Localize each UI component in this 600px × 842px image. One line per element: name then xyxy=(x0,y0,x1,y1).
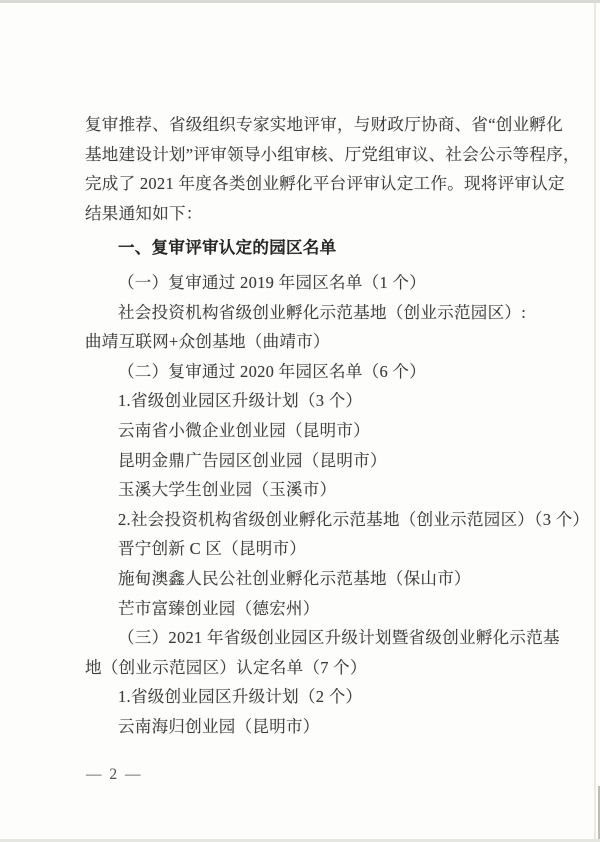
scanned-document-page: 复审推荐、省级组织专家实地评审，与财政厅协商、省“创业孵化 基地建设计划”评审领… xyxy=(0,0,600,842)
document-body: 复审推荐、省级组织专家实地评审，与财政厅协商、省“创业孵化 基地建设计划”评审领… xyxy=(85,110,555,741)
section-heading: 一、复审评审认定的园区名单 xyxy=(85,234,555,264)
list-item: 曲靖互联网+众创基地（曲靖市） xyxy=(85,327,555,357)
scan-artifact-top-band xyxy=(0,0,600,3)
list-item: 玉溪大学生创业园（玉溪市） xyxy=(85,475,555,505)
subsection-title: （三）2021 年省级创业园区升级计划暨省级创业孵化示范基 xyxy=(85,623,555,653)
list-item: 芒市富臻创业园（德宏州） xyxy=(85,594,555,624)
list-item: 昆明金鼎广告园区创业园（昆明市） xyxy=(85,446,555,476)
list-item: 施甸澳鑫人民公社创业孵化示范基地（保山市） xyxy=(85,564,555,594)
paragraph-line: 复审推荐、省级组织专家实地评审，与财政厅协商、省“创业孵化 xyxy=(85,110,555,140)
list-item: 云南省小微企业创业园（昆明市） xyxy=(85,416,555,446)
list-item: 社会投资机构省级创业孵化示范基地（创业示范园区）: xyxy=(85,298,555,328)
subsection-title-continued: 地（创业示范园区）认定名单（7 个） xyxy=(85,653,555,683)
paragraph-line: 结果通知如下： xyxy=(85,199,555,229)
page-number: — 2 — xyxy=(86,764,143,786)
subsection-title: （一）复审通过 2019 年园区名单（1 个） xyxy=(85,268,555,298)
list-item: 晋宁创新 C 区（昆明市） xyxy=(85,534,555,564)
list-group-title: 2.社会投资机构省级创业孵化示范基地（创业示范园区）（3 个） xyxy=(85,505,555,535)
list-group-title: 1.省级创业园区升级计划（2 个） xyxy=(85,682,555,712)
scan-artifact-right-line xyxy=(594,3,596,842)
paragraph-line: 完成了 2021 年度各类创业孵化平台评审认定工作。现将评审认定 xyxy=(85,169,555,199)
list-group-title: 1.省级创业园区升级计划（3 个） xyxy=(85,386,555,416)
subsection-title: （二）复审通过 2020 年园区名单（6 个） xyxy=(85,357,555,387)
paragraph-line: 基地建设计划”评审领导小组审核、厅党组审议、社会公示等程序， xyxy=(85,140,555,170)
list-item: 云南海归创业园（昆明市） xyxy=(85,712,555,742)
